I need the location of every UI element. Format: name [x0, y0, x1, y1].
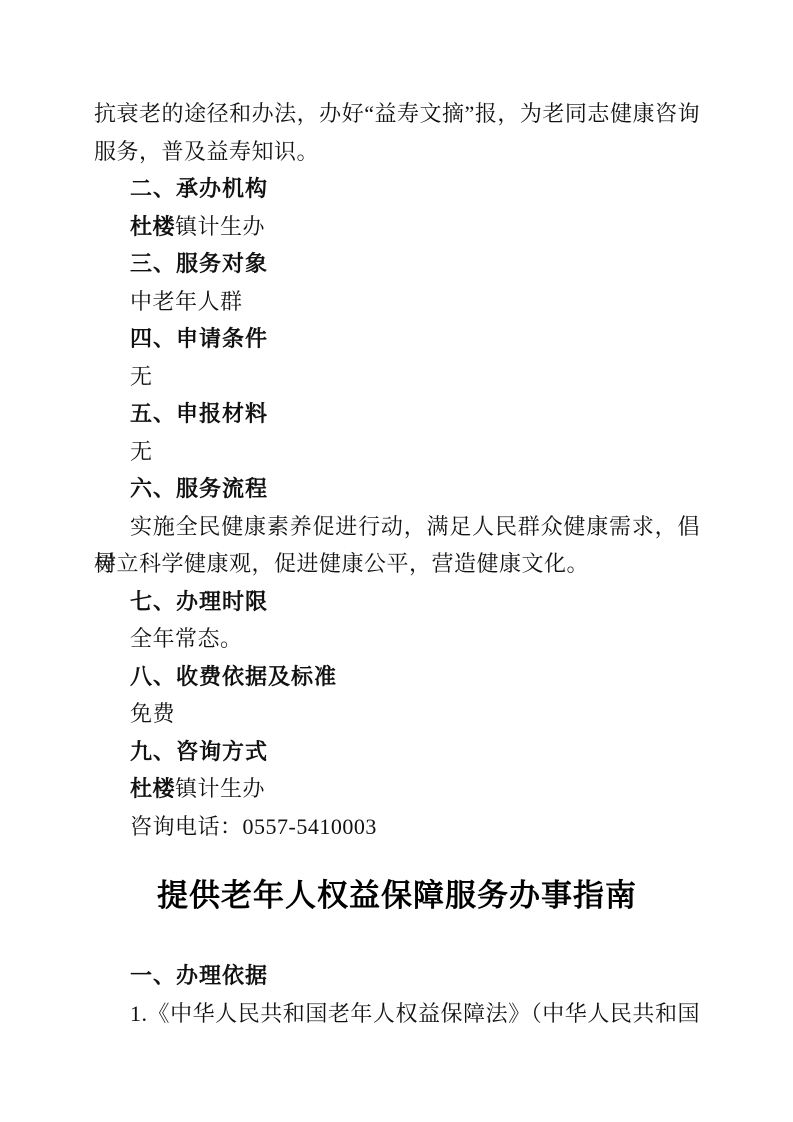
page-body: 抗衰老的途径和办法，办好“益寿文摘”报，为老同志健康咨询服务，普及益寿知识。二、…	[94, 95, 700, 1032]
section-heading: 二、承办机构	[94, 170, 700, 208]
agency-name-line: 杜楼镇计生办	[94, 770, 700, 808]
text-line: 服务，普及益寿知识。	[94, 133, 700, 171]
section-heading: 八、收费依据及标准	[94, 658, 700, 696]
text-line: 无	[94, 433, 700, 471]
section-heading: 六、服务流程	[94, 470, 700, 508]
agency-name-rest: 镇计生办	[175, 776, 265, 801]
text-line: 免费	[94, 695, 700, 733]
section-heading: 五、申报材料	[94, 395, 700, 433]
agency-name-bold: 杜楼	[130, 776, 175, 801]
text-line: 咨询电话：0557-5410003	[94, 808, 700, 846]
section-heading: 四、申请条件	[94, 320, 700, 358]
agency-name-rest: 镇计生办	[175, 214, 265, 239]
section-heading: 七、办理时限	[94, 583, 700, 621]
text-line: 抗衰老的途径和办法，办好“益寿文摘”报，为老同志健康咨询	[94, 95, 700, 133]
agency-name-bold: 杜楼	[130, 214, 175, 239]
text-line: 无	[94, 358, 700, 396]
section-heading: 九、咨询方式	[94, 733, 700, 771]
text-line: 1.《中华人民共和国老年人权益保障法》（中华人民共和国	[94, 995, 700, 1033]
section-heading: 三、服务对象	[94, 245, 700, 283]
text-line: 全年常态。	[94, 620, 700, 658]
document-title: 提供老年人权益保障服务办事指南	[94, 871, 700, 921]
document-page: 抗衰老的途径和办法，办好“益寿文摘”报，为老同志健康咨询服务，普及益寿知识。二、…	[0, 0, 793, 1122]
text-line: 树立科学健康观，促进健康公平，营造健康文化。	[94, 545, 700, 583]
agency-name-line: 杜楼镇计生办	[94, 208, 700, 246]
section-heading: 一、办理依据	[94, 957, 700, 995]
text-line: 中老年人群	[94, 283, 700, 321]
text-line: 实施全民健康素养促进行动，满足人民群众健康需求，倡导	[94, 508, 700, 546]
